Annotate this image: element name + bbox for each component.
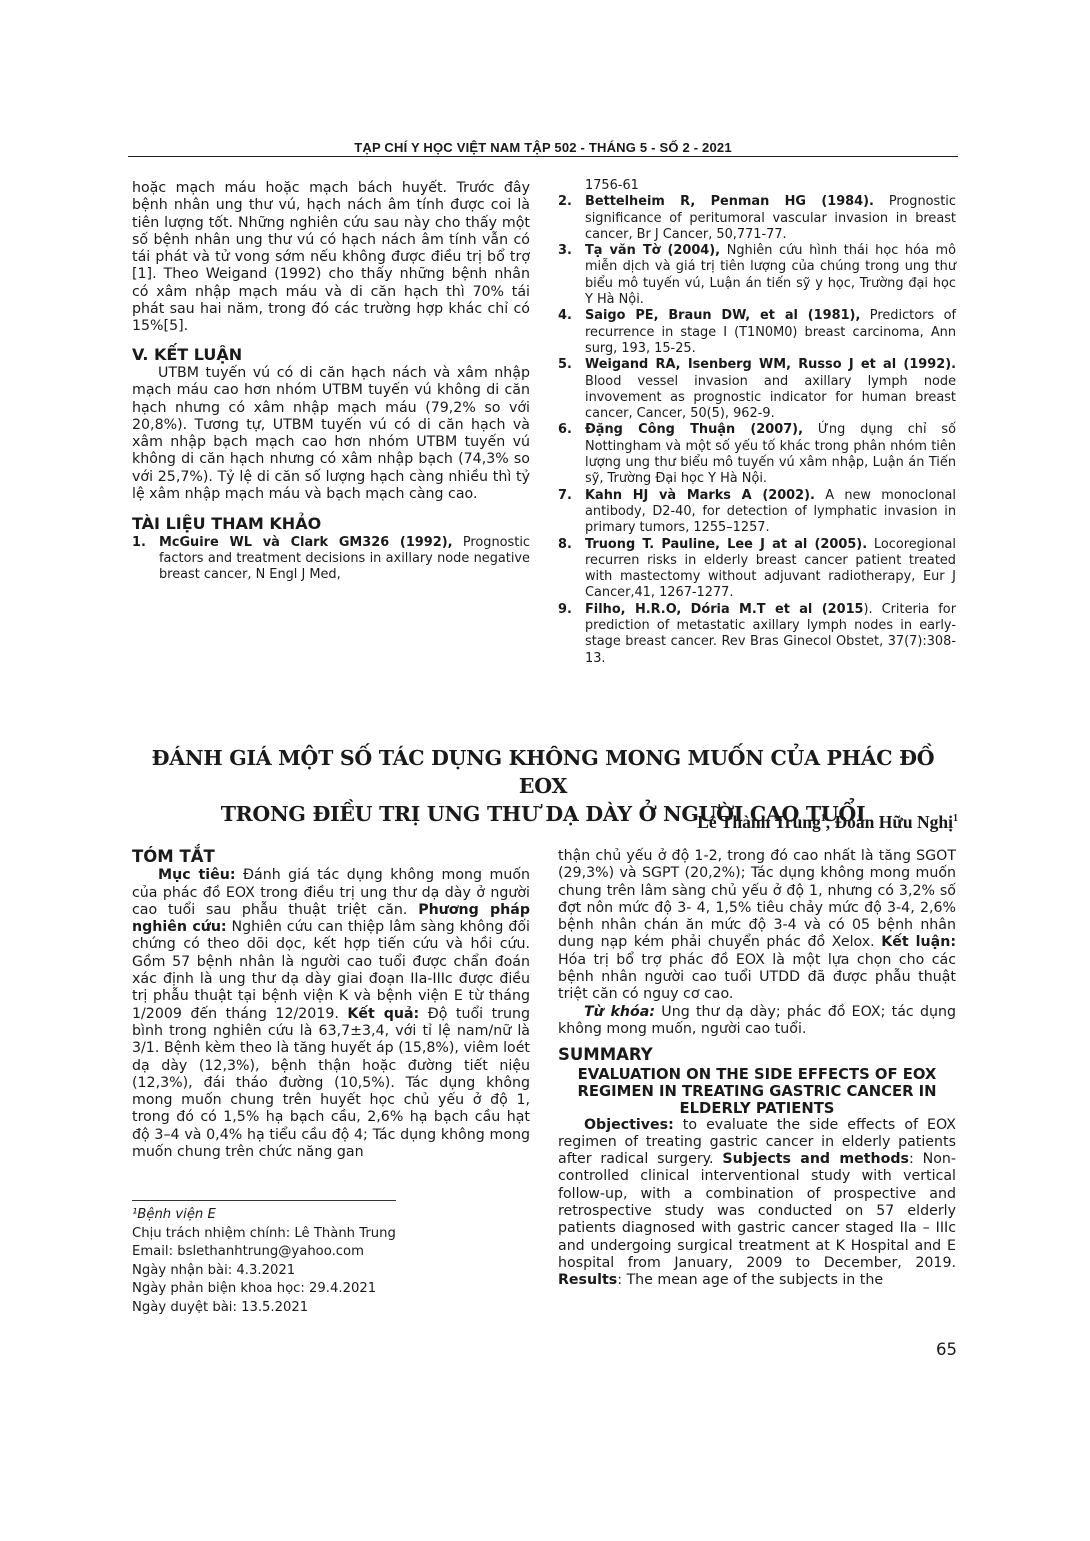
received-date: Ngày nhận bài: 4.3.2021 bbox=[132, 1262, 396, 1281]
header-rule bbox=[128, 156, 958, 157]
reference-item: 2.Bettelheim R, Penman HG (1984). Progno… bbox=[558, 194, 956, 243]
abstract-heading: TÓM TẮT bbox=[132, 848, 530, 865]
page-number: 65 bbox=[936, 1340, 957, 1359]
author-name: Lê Thành Trung bbox=[697, 812, 821, 832]
references-heading: TÀI LIỆU THAM KHẢO bbox=[132, 515, 530, 532]
prev-article-right-column: 1756-61 2.Bettelheim R, Penman HG (1984)… bbox=[558, 178, 956, 667]
reference-authors: McGuire WL và Clark GM326 (1992), bbox=[159, 535, 452, 550]
article-authors: Lê Thành Trung1, Đoàn Hữu Nghị1 bbox=[697, 812, 958, 833]
email: Email: bslethanhtrung@yahoo.com bbox=[132, 1243, 396, 1262]
reference-item: 4.Saigo PE, Braun DW, et al (1981), Pred… bbox=[558, 308, 956, 357]
footnote-rule bbox=[132, 1200, 396, 1201]
reference-item: 3.Tạ văn Tờ (2004), Nghiên cứu hình thái… bbox=[558, 243, 956, 308]
reference-item: 5.Weigand RA, Isenberg WM, Russo J et al… bbox=[558, 357, 956, 422]
keywords: Từ khóa: Ung thư dạ dày; phác đồ EOX; tá… bbox=[558, 1004, 956, 1039]
reference-item-continued: 1756-61 bbox=[558, 178, 956, 194]
accepted-date: Ngày duyệt bài: 13.5.2021 bbox=[132, 1299, 396, 1318]
abstract-left-column: TÓM TẮT Mục tiêu: Đánh giá tác dụng khôn… bbox=[132, 848, 530, 1161]
abstract-right-column: thận chủ yếu ở độ 1-2, trong đó cao nhất… bbox=[558, 848, 956, 1290]
reference-item: 9.Filho, H.R.O, Dória M.T et al (2015). … bbox=[558, 602, 956, 667]
reference-item: 7.Kahn HJ và Marks A (2002). A new monoc… bbox=[558, 488, 956, 537]
discussion-tail: hoặc mạch máu hoặc mạch bách huyết. Trướ… bbox=[132, 180, 530, 336]
review-date: Ngày phản biện khoa học: 29.4.2021 bbox=[132, 1280, 396, 1299]
article-title-line1: ĐÁNH GIÁ MỘT SỐ TÁC DỤNG KHÔNG MONG MUỐN… bbox=[128, 744, 958, 800]
reference-item: 8.Truong T. Pauline, Lee J at al (2005).… bbox=[558, 537, 956, 602]
conclusion-text: UTBM tuyến vú có di căn hạch nách và xâm… bbox=[132, 365, 530, 503]
summary-heading: SUMMARY bbox=[558, 1046, 956, 1063]
prev-article-left-column: hoặc mạch máu hoặc mạch bách huyết. Trướ… bbox=[132, 180, 530, 583]
footnotes: ¹Bệnh viện E Chịu trách nhiệm chính: Lê … bbox=[132, 1206, 396, 1317]
conclusion-heading: V. KẾT LUẬN bbox=[132, 346, 530, 363]
affiliation: ¹Bệnh viện E bbox=[132, 1206, 396, 1225]
author-name: Đoàn Hữu Nghị bbox=[835, 812, 953, 832]
summary-text: Objectives: to evaluate the side effects… bbox=[558, 1117, 956, 1290]
summary-title: EVALUATION ON THE SIDE EFFECTS OF EOX RE… bbox=[558, 1066, 956, 1117]
abstract-text: Mục tiêu: Đánh giá tác dụng không mong m… bbox=[132, 867, 530, 1161]
responsible-author: Chịu trách nhiệm chính: Lê Thành Trung bbox=[132, 1225, 396, 1244]
abstract-text-continued: thận chủ yếu ở độ 1-2, trong đó cao nhất… bbox=[558, 848, 956, 1004]
references-list-left: 1. McGuire WL và Clark GM326 (1992), Pro… bbox=[132, 535, 530, 583]
references-list-right: 1756-61 2.Bettelheim R, Penman HG (1984)… bbox=[558, 178, 956, 667]
reference-item: 1. McGuire WL và Clark GM326 (1992), Pro… bbox=[132, 535, 530, 583]
journal-header: TẠP CHÍ Y HỌC VIỆT NAM TẬP 502 - THÁNG 5… bbox=[128, 140, 958, 155]
reference-item: 6.Đặng Công Thuận (2007), Ứng dụng chỉ s… bbox=[558, 422, 956, 487]
